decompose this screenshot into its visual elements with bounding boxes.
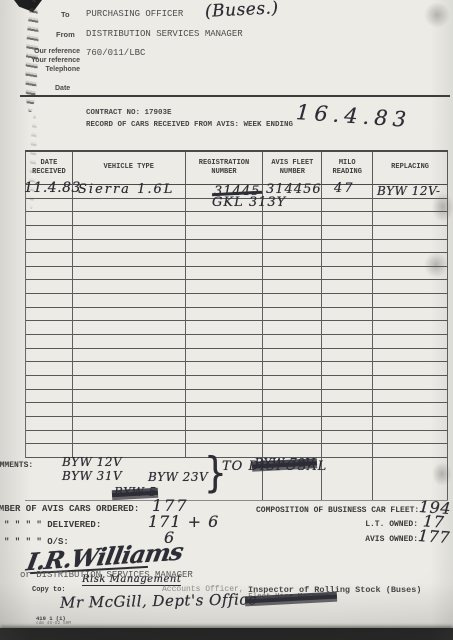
- table-cell: [73, 403, 186, 417]
- table-row: [25, 308, 448, 322]
- table-cell: [373, 199, 448, 213]
- to-handwritten-note: (Buses.): [205, 0, 280, 22]
- table-cell: [263, 253, 322, 267]
- table-cell: [373, 294, 448, 308]
- table-cell: [73, 212, 186, 226]
- table-cell: [26, 280, 73, 294]
- table-cell: [373, 444, 448, 458]
- col-header-avis-fleet-number: AVIS FLEET NUMBER: [263, 152, 322, 185]
- table-cell: [373, 226, 448, 240]
- table-cell: [26, 294, 73, 308]
- table-cell: [186, 349, 264, 363]
- table-cell: [186, 212, 264, 226]
- week-ending-handwritten: 16.4.83: [295, 100, 412, 132]
- table-cell: [373, 403, 448, 417]
- comments-cell: [322, 458, 373, 500]
- table-cell: [26, 349, 73, 363]
- table-cell: [322, 226, 373, 240]
- table-cell: [322, 417, 373, 431]
- table-cell: [186, 280, 264, 294]
- table-row: [25, 240, 448, 254]
- table-cell: [373, 431, 448, 445]
- table-cell: [186, 253, 264, 267]
- table-cell: [322, 390, 373, 404]
- table-cell: [186, 335, 264, 349]
- table-cell: [73, 376, 186, 390]
- our-reference-value: 760/011/LBC: [86, 48, 145, 58]
- table-cell: [26, 376, 73, 390]
- table-cell: [73, 417, 186, 431]
- comments-item: BYW 31V: [62, 469, 122, 483]
- table-cell: [186, 390, 264, 404]
- table-cell: [26, 390, 73, 404]
- table-cell: [373, 335, 448, 349]
- header-rule: [20, 95, 450, 97]
- table-cell: [73, 280, 186, 294]
- table-cell: [73, 199, 186, 213]
- table-cell: [26, 362, 73, 376]
- table-cell: [373, 349, 448, 363]
- table-cell: [186, 376, 264, 390]
- table-cell: [322, 294, 373, 308]
- table-cell: [322, 321, 373, 335]
- ordered-label: NUMBER OF AVIS CARS ORDERED:: [0, 504, 139, 514]
- table-cell: [373, 376, 448, 390]
- comments-item: BYW 23V: [148, 470, 208, 484]
- scanned-memo-page: To PURCHASING OFFICER (Buses.) From DIST…: [0, 0, 453, 640]
- table-row: [25, 403, 448, 417]
- table-cell: [373, 253, 448, 267]
- table-cell: [26, 199, 73, 213]
- table-cell: [373, 240, 448, 254]
- date-label: Date: [55, 85, 70, 92]
- table-row: [25, 267, 448, 281]
- table-cell: [322, 444, 373, 458]
- comments-item: BYW 12V: [62, 455, 122, 469]
- table-cell: [26, 403, 73, 417]
- table-cell: [322, 199, 373, 213]
- table-cell: [322, 335, 373, 349]
- table-cell: [322, 280, 373, 294]
- table-cell: [73, 267, 186, 281]
- table-cell: [263, 267, 322, 281]
- disposal-note: TO DISPOSAL: [222, 459, 327, 474]
- table-cell: [373, 267, 448, 281]
- table-cell: [73, 362, 186, 376]
- table-cell: [373, 390, 448, 404]
- col-header-vehicle-type: VEHICLE TYPE: [73, 152, 186, 185]
- copy-to-handwritten: Mr McGill, Dept's Office: [60, 590, 258, 611]
- scan-artifact-corner: [14, 0, 42, 12]
- table-row: [25, 212, 448, 226]
- table-cell: [322, 362, 373, 376]
- comments-label: COMMENTS:: [0, 461, 33, 470]
- table-cell: [322, 308, 373, 322]
- telephone-label: Telephone: [0, 66, 80, 73]
- entry-milo-reading: 47: [334, 181, 355, 196]
- comments-cell: [373, 458, 448, 500]
- table-cell: [263, 390, 322, 404]
- copy-to-rest: Inspector of Rolling Stock (Buses): [248, 585, 421, 595]
- table-row: [25, 417, 448, 431]
- to-value: PURCHASING OFFICER: [86, 9, 183, 19]
- table-cell: [263, 349, 322, 363]
- from-value: DISTRIBUTION SERVICES MANAGER: [86, 29, 243, 39]
- col-header-registration-number: REGISTRATION NUMBER: [186, 152, 264, 185]
- table-cell: [26, 321, 73, 335]
- table-cell: [73, 294, 186, 308]
- table-row: [25, 226, 448, 240]
- scan-bottom-band: [0, 628, 453, 640]
- avis-owned-label: AVIS OWNED:: [365, 535, 418, 544]
- table-cell: [373, 417, 448, 431]
- table-cell: [26, 417, 73, 431]
- table-cell: [263, 321, 322, 335]
- table-cell: [322, 240, 373, 254]
- table-cell: [26, 226, 73, 240]
- entry-replacing: BYW 12V-: [377, 184, 441, 198]
- table-cell: [263, 294, 322, 308]
- table-cell: [186, 267, 264, 281]
- table-cell: [373, 321, 448, 335]
- to-label: To: [61, 10, 70, 19]
- scan-smudge: [424, 2, 450, 28]
- table-cell: [186, 294, 264, 308]
- table-cell: [186, 431, 264, 445]
- table-cell: [263, 417, 322, 431]
- table-cell: [373, 280, 448, 294]
- table-cell: [186, 321, 264, 335]
- table-cell: [186, 240, 264, 254]
- table-row: [25, 390, 448, 404]
- table-cell: [373, 308, 448, 322]
- our-reference-label: Our reference: [0, 48, 80, 55]
- table-cell: [322, 253, 373, 267]
- from-label: From: [56, 30, 75, 39]
- table-row: [25, 376, 448, 390]
- table-row: [25, 321, 448, 335]
- table-cell: [73, 308, 186, 322]
- table-cell: [263, 308, 322, 322]
- table-cell: [322, 431, 373, 445]
- col-header-replacing: REPLACING: [373, 152, 448, 185]
- avis-table-header-row: DATE RECEIVED VEHICLE TYPE REGISTRATION …: [25, 152, 448, 185]
- delivered-label: " " " " DELIVERED:: [4, 520, 101, 530]
- table-row: [25, 280, 448, 294]
- table-cell: [73, 335, 186, 349]
- table-row: [25, 349, 448, 363]
- table-row: [25, 362, 448, 376]
- entry-date-received: 11.4.83: [24, 180, 81, 196]
- table-cell: [186, 403, 264, 417]
- table-cell: [73, 240, 186, 254]
- table-row: [25, 294, 448, 308]
- table-row: [25, 335, 448, 349]
- table-cell: [322, 403, 373, 417]
- table-cell: [73, 321, 186, 335]
- table-cell: [26, 431, 73, 445]
- entry-registration-number: GKL 313Y: [212, 195, 286, 210]
- table-cell: [26, 335, 73, 349]
- table-cell: [26, 253, 73, 267]
- table-cell: [322, 349, 373, 363]
- table-cell: [263, 240, 322, 254]
- avis-owned-value: 177: [417, 526, 450, 547]
- table-cell: [263, 280, 322, 294]
- table-cell: [322, 376, 373, 390]
- contract-number-line: CONTRACT NO: 17903E: [86, 109, 172, 117]
- table-row: [25, 253, 448, 267]
- entry-avis-fleet-number: 314456: [266, 182, 322, 197]
- table-cell: [263, 431, 322, 445]
- avis-table-body: [25, 185, 448, 458]
- table-cell: [73, 349, 186, 363]
- table-cell: [186, 226, 264, 240]
- table-cell: [373, 362, 448, 376]
- table-cell: [322, 267, 373, 281]
- table-cell: [263, 226, 322, 240]
- reference-labels: Our reference Your reference Telephone: [0, 48, 80, 73]
- entry-vehicle-type: Sierra 1.6L: [78, 182, 174, 197]
- table-row: [25, 431, 448, 445]
- table-cell: [263, 376, 322, 390]
- table-cell: [26, 308, 73, 322]
- table-cell: [186, 362, 264, 376]
- table-cell: [263, 362, 322, 376]
- table-cell: [322, 212, 373, 226]
- table-cell: [73, 226, 186, 240]
- table-cell: [263, 403, 322, 417]
- record-line: RECORD OF CARS RECEIVED FROM AVIS: WEEK …: [86, 121, 293, 129]
- comments-item-struck: BYW 5: [114, 485, 157, 499]
- table-cell: [263, 212, 322, 226]
- print-code: cdm 45-82 50M: [36, 621, 71, 626]
- table-cell: [263, 335, 322, 349]
- your-reference-label: Your reference: [0, 57, 80, 64]
- table-cell: [73, 431, 186, 445]
- table-cell: [26, 212, 73, 226]
- table-cell: [73, 390, 186, 404]
- table-cell: [26, 267, 73, 281]
- table-cell: [373, 212, 448, 226]
- table-cell: [186, 417, 264, 431]
- table-cell: [26, 240, 73, 254]
- lt-owned-label: L.T. OWNED:: [365, 520, 418, 529]
- fleet-composition-label: COMPOSITION OF BUSINESS CAR FLEET:: [256, 506, 419, 515]
- table-cell: [73, 253, 186, 267]
- table-cell: [186, 308, 264, 322]
- delivered-value: 171 + 6: [148, 512, 219, 531]
